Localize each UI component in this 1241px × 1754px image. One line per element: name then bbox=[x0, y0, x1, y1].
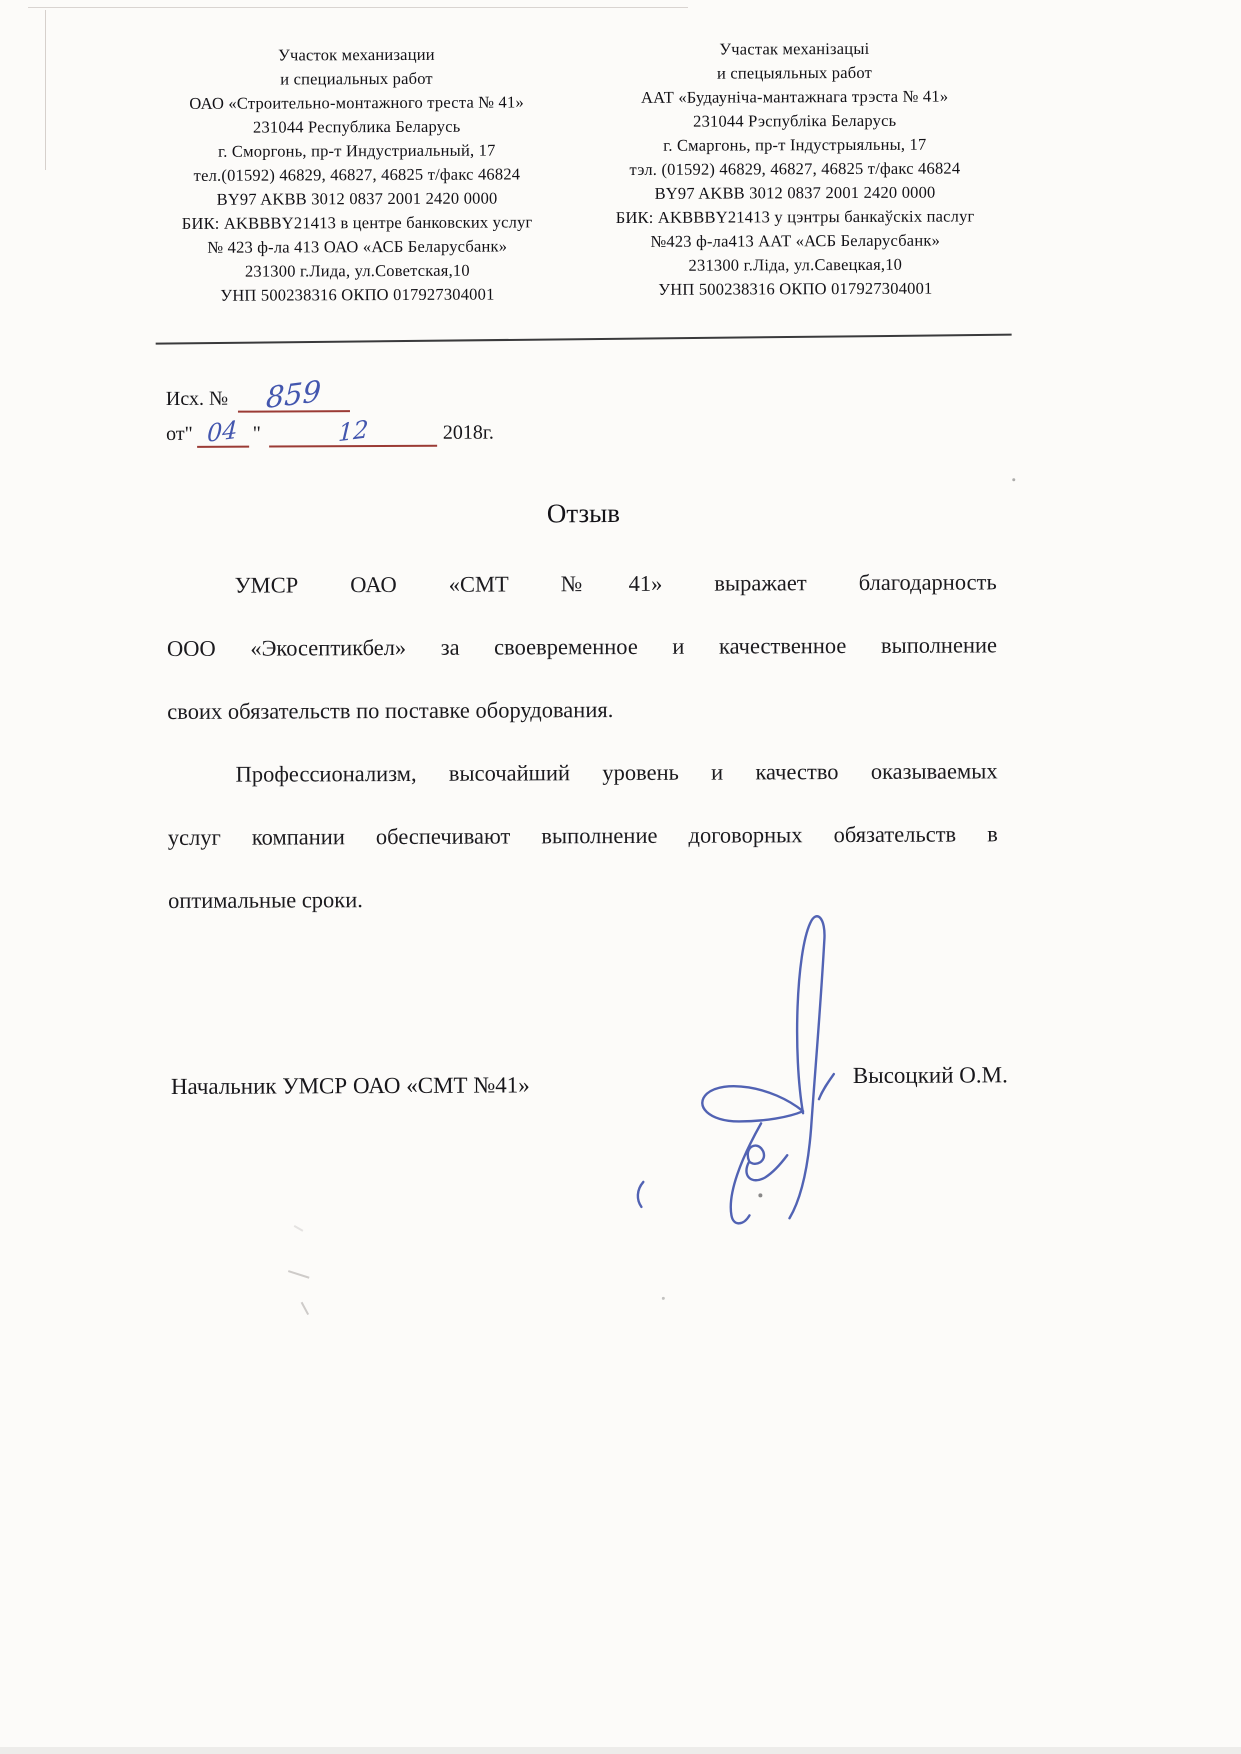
letterhead-line: №423 ф-ла413 ААТ «АСБ Беларусбанк» bbox=[573, 228, 1017, 254]
outgoing-number-field: 859 bbox=[238, 383, 350, 412]
scan-speck bbox=[758, 1193, 762, 1197]
pencil-mark bbox=[294, 1225, 304, 1232]
letterhead-line: BY97 AKBB 3012 0837 2001 2420 0000 bbox=[145, 186, 569, 212]
date-from-label: от" bbox=[166, 423, 193, 445]
signature-block: Начальник УМСР ОАО «СМТ №41» Высоцкий О.… bbox=[0, 0, 1237, 3]
body-line: своих обязательств по поставке оборудова… bbox=[167, 676, 997, 743]
letterhead-line: BY97 AKBB 3012 0837 2001 2420 0000 bbox=[573, 180, 1017, 206]
handwritten-day: 04 bbox=[207, 420, 238, 444]
date-month-field: 12 bbox=[269, 421, 437, 448]
scanned-letter-page: Участок механизации и специальных работ … bbox=[0, 0, 1241, 1754]
date-day-field: 04 bbox=[197, 422, 249, 448]
body-line: услуг компании обеспечивают выполнение д… bbox=[168, 802, 998, 869]
letterhead-line: ОАО «Строительно-монтажного треста № 41» bbox=[145, 90, 569, 116]
letterhead-line: 231044 Республика Беларусь bbox=[145, 114, 569, 140]
outgoing-number-label: Исх. № bbox=[166, 388, 228, 410]
letterhead-line: ААТ «Будауніча-мантажнага трэста № 41» bbox=[573, 84, 1017, 110]
body-line: оптимальные сроки. bbox=[168, 865, 998, 932]
date-close-quote: " bbox=[253, 423, 261, 445]
letterhead-line: г. Смаргонь, пр-т Індустрыяльны, 17 bbox=[573, 132, 1017, 158]
letterhead-line: тэл. (01592) 46829, 46827, 46825 т/факс … bbox=[573, 156, 1017, 182]
body-line: Профессионализм, высочайший уровень и ка… bbox=[167, 739, 997, 806]
letterhead-line: БИК: AKBBBY21413 в центре банковских усл… bbox=[145, 210, 569, 236]
letter-content: Участок механизации и специальных работ … bbox=[0, 0, 1241, 1754]
date-year-label: 2018г. bbox=[443, 422, 494, 444]
letterhead-line: УНП 500238316 ОКПО 017927304001 bbox=[573, 276, 1017, 302]
letterhead-line: Участак механізацыі bbox=[572, 36, 1016, 62]
body-line: ООО «Экосептикбел» за своевременное и ка… bbox=[167, 613, 997, 680]
letterhead-line: тел.(01592) 46829, 46827, 46825 т/факс 4… bbox=[145, 162, 569, 188]
letterhead-line: г. Сморгонь, пр-т Индустриальный, 17 bbox=[145, 138, 569, 164]
letterhead-line: БИК: AKBBBY21413 у цэнтры банкаўскіх пас… bbox=[573, 204, 1017, 230]
pencil-mark bbox=[288, 1270, 310, 1279]
outgoing-number-row: Исх. №859 bbox=[166, 383, 494, 422]
date-row: от"04"122018г. bbox=[166, 421, 494, 460]
handwritten-month: 12 bbox=[337, 419, 368, 443]
scan-speck bbox=[662, 1297, 665, 1300]
letterhead-line: Участок механизации bbox=[144, 42, 568, 68]
reference-block: Исх. №859 от"04"122018г. bbox=[166, 383, 494, 460]
letterhead-line: 231300 г.Ліда, ул.Савецкая,10 bbox=[573, 252, 1017, 278]
letterhead-russian: Участок механизации и специальных работ … bbox=[144, 42, 569, 308]
letter-body: УМСР ОАО «СМТ №41» выражает благодарност… bbox=[167, 550, 999, 932]
handwritten-outgoing-number: 859 bbox=[266, 380, 322, 409]
letterhead-line: и специальных работ bbox=[144, 66, 568, 92]
signer-name: Высоцкий О.М. bbox=[853, 1062, 1008, 1089]
handwritten-signature bbox=[630, 911, 851, 1246]
body-line: УМСР ОАО «СМТ №41» выражает благодарност… bbox=[167, 550, 997, 617]
letterhead-line: и спецыяльных работ bbox=[572, 60, 1016, 86]
letterhead-line: УНП 500238316 ОКПО 017927304001 bbox=[145, 282, 569, 308]
letterhead-line: 231300 г.Лида, ул.Советская,10 bbox=[145, 258, 569, 284]
signer-position: Начальник УМСР ОАО «СМТ №41» bbox=[171, 1072, 530, 1100]
letterhead-line: 231044 Рэспубліка Беларусь bbox=[573, 108, 1017, 134]
pencil-mark bbox=[301, 1302, 309, 1315]
letterhead-divider-line bbox=[156, 334, 1012, 345]
letterhead-line: № 423 ф-ла 413 ОАО «АСБ Беларусбанк» bbox=[145, 234, 569, 260]
document-title: Отзыв bbox=[168, 496, 998, 531]
scan-speck bbox=[1012, 478, 1015, 481]
letterhead-belarusian: Участак механізацыі и спецыяльных работ … bbox=[572, 36, 1017, 302]
